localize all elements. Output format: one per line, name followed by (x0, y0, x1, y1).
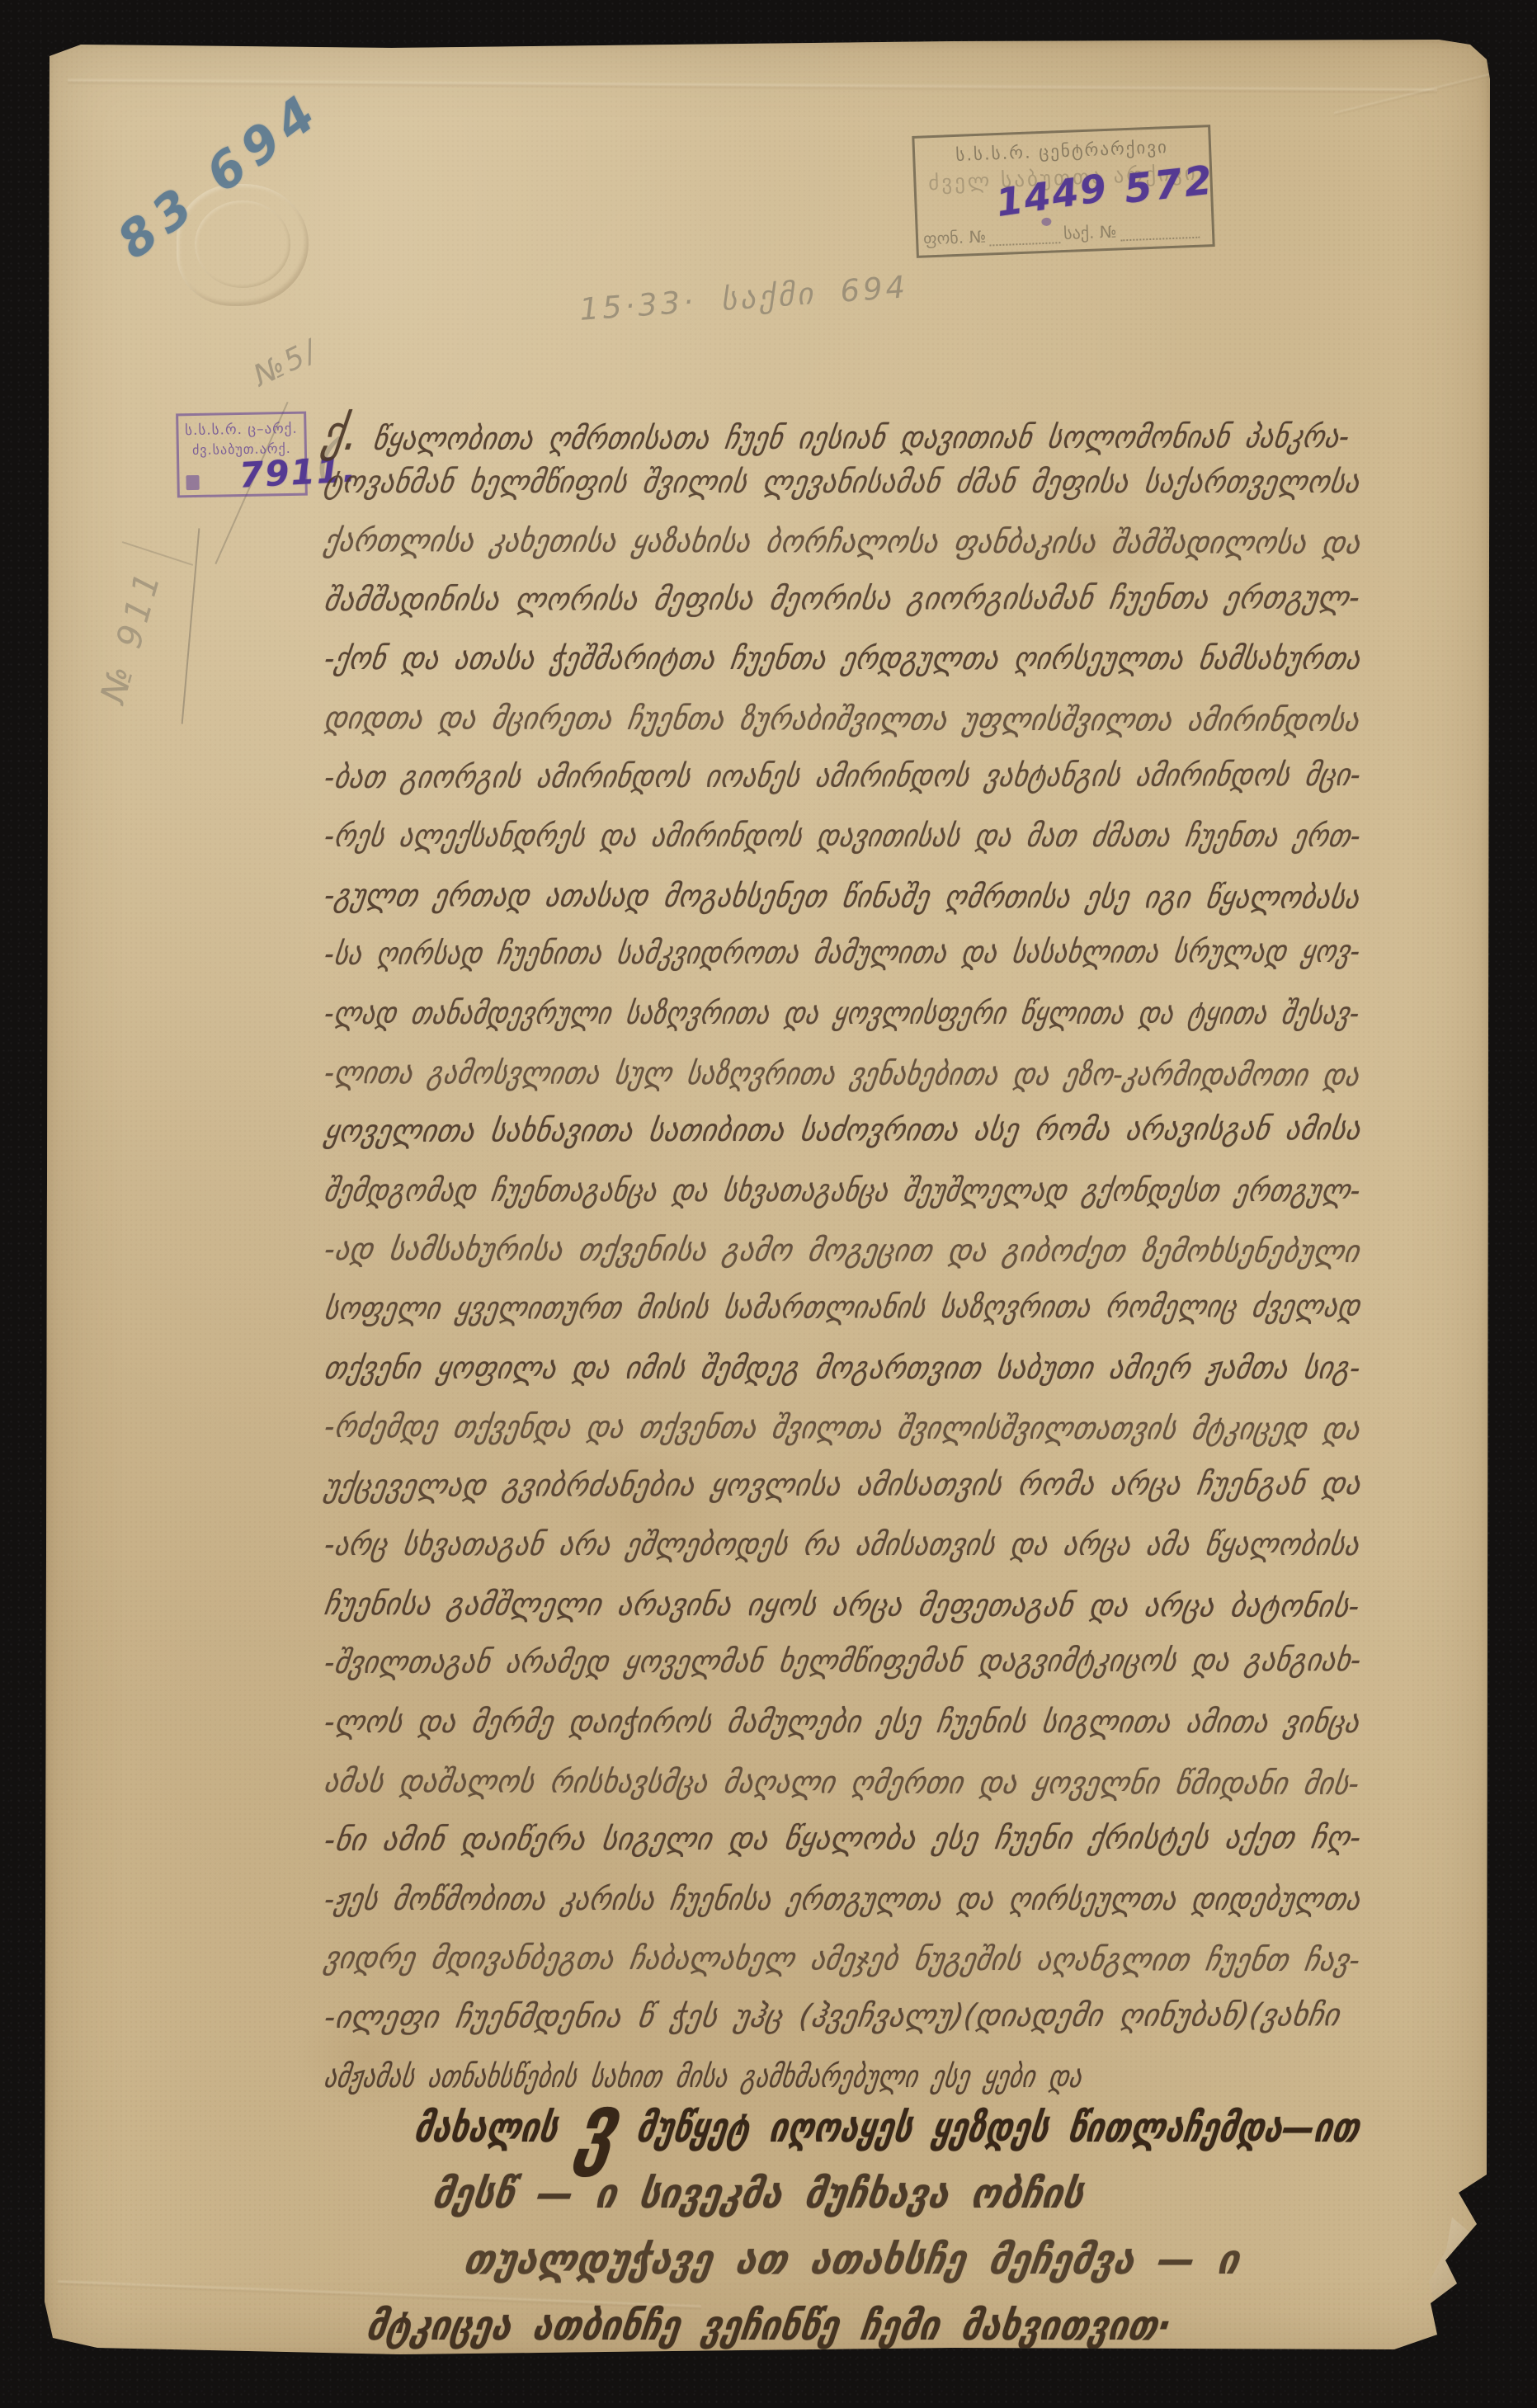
manuscript-line: -შვილთაგან არამედ ყოველმან ხელმწიფემან დ… (318, 1642, 1248, 1704)
scan-background: { "document": { "kind": "scanned Georgia… (0, 0, 1537, 2408)
manuscript-line: -ილეფი ჩუენმდენია წ ჭეს უჰც (ჰვეჩვალუ)(დ… (318, 1996, 1315, 2057)
manuscript-line: -ბათ გიორგის ამირინდოს იოანეს ამირინდოს … (318, 756, 1241, 818)
manuscript-line: სოფელი ყველითურთ მისის სამართლიანის საზღ… (318, 1288, 1228, 1349)
case-label: საქ. № (1063, 222, 1117, 243)
manuscript-line: ქართლისა კახეთისა ყაზახისა ბორჩალოსა ფან… (318, 522, 1266, 583)
manuscript-line: ტოვანმან ხელმწიფის შვილის ლევანისამან ძმ… (318, 464, 1261, 523)
manuscript-line: -რეს ალექსანდრეს და ამირინდოს დავითისას … (318, 818, 1222, 877)
manuscript-text-block: ქ. წყალობითა ღმრთისათა ჩუენ იესიან დავით… (322, 404, 1370, 2117)
dotted-rule (1120, 225, 1200, 242)
manuscript-line: თქვენი ყოფილა და იმის შემდეგ მოგართვით ს… (318, 1350, 1259, 1409)
manuscript-line: -გულთ ერთად ათასად მოგახსენეთ წინაშე ღმრ… (318, 877, 1247, 938)
manuscript-line: -ლად თანამდევრული საზღვრითა და ყოვლისფერ… (318, 995, 1189, 1054)
manuscript-line: -ად სამსახურისა თქვენისა გამო მოგეცით და… (318, 1231, 1275, 1292)
manuscript-line: -ქონ და ათასა ჭეშმარიტთა ჩუენთა ერდგულთა… (318, 640, 1247, 700)
stamp-fond-row: ფონ. № საქ. № (923, 218, 1208, 248)
signature-line: მტკიცეა ათბინჩე ვეჩინწე ჩემი მახვითვით· (361, 2302, 1233, 2368)
manuscript-line: შემდგომად ჩუენთაგანცა და სხვათაგანცა შეუ… (318, 1172, 1218, 1232)
manuscript-line: -სა ღირსად ჩუენითა სამკვიდროთა მამულითა … (318, 934, 1204, 995)
pencil-case-note: 15·33· საქმი 694 (578, 269, 909, 328)
signature-line: თუალდუჭავე ათ ათახსჩე მეჩემვა — ი (458, 2236, 1294, 2302)
signature-block: მახალის ვ მუწყეტ იღოაყეს ყეზდეს წითლაჩემ… (322, 2104, 1378, 2368)
signature-line: მესწ — ი სივეკმა მუჩხავა ობჩის (427, 2170, 1275, 2236)
signature-pre: მახალის (411, 2104, 561, 2151)
pencil-number-annotation: №5∕ (248, 333, 323, 393)
fond-label: ფონ. № (923, 227, 987, 249)
manuscript-line: -რძემდე თქვენდა და თქვენთა შვილთა შვილის… (318, 1408, 1247, 1469)
archive-stamp-top-right: ს.ს.ს.რ. ცენტრარქივი ძველ საბუთთა არქივი… (912, 125, 1214, 258)
signature-post: მუწყეტ იღოაყეს ყეზდეს წითლაჩემდა—ით (634, 2104, 1364, 2151)
manuscript-line: ქ. წყალობითა ღმრთისათა ჩუენ იესიან დავით… (318, 402, 1241, 463)
manuscript-line: -ჟეს მოწმობითა კარისა ჩუენისა ერთგულთა დ… (318, 1881, 1238, 1940)
pencil-stroke (122, 541, 193, 566)
manuscript-paper: 83 694 №5∕ 15·33· საქმი 694 № 911 ( ს.ს.… (45, 40, 1490, 2359)
manuscript-line: შამშადინისა ლორისა მეფისა მეორისა გიორგი… (318, 579, 1283, 640)
stamp-ink-chip (186, 475, 199, 490)
paper-tear (1417, 2217, 1475, 2325)
manuscript-line: ჩუენისა გამშლელი არავინა იყოს არცა მეფეთ… (318, 1586, 1285, 1647)
manuscript-line: ამას დაშალოს რისხავსმცა მაღალი ღმერთი და… (318, 1763, 1263, 1824)
manuscript-line: -ლითა გამოსვლითა სულ საზღვრითა ვენახებით… (318, 1054, 1217, 1115)
manuscript-line: ყოველითა სახნავითა სათიბითა საძოვრითა ას… (318, 1110, 1271, 1171)
manuscript-line: -არც სხვათაგან არა ეშლებოდეს რა ამისათვი… (318, 1526, 1249, 1586)
pencil-stroke (182, 528, 200, 723)
stamp-line-1: ს.ს.ს.რ. ც–არქ. (178, 421, 304, 440)
signature-line: მახალის ვ მუწყეტ იღოაყეს ყეზდეს წითლაჩემ… (408, 2104, 1172, 2170)
dotted-rule (989, 230, 1061, 246)
manuscript-line: დიდთა და მცირეთა ჩუენთა ზურაბიშვილთა უფლ… (318, 700, 1258, 761)
paper-crease-top (68, 78, 1437, 95)
manuscript-line: -ნი ამინ დაიწერა სიგელი და წყალობა ესე ჩ… (318, 1820, 1300, 1881)
manuscript-line: უქცეველად გვიბრძანებია ყოვლისა ამისათვის… (318, 1465, 1287, 1526)
manuscript-line: ვიდრე მდივანბეგთა ჩაბალახელ ამეჯებ ნუგეშ… (318, 1939, 1271, 2000)
pencil-margin-number: № 911 (92, 563, 169, 707)
manuscript-line: -ლოს და მერმე დაიჭიროს მამულები ესე ჩუენ… (318, 1704, 1261, 1763)
case-number-handwritten: 572 (1122, 157, 1217, 212)
